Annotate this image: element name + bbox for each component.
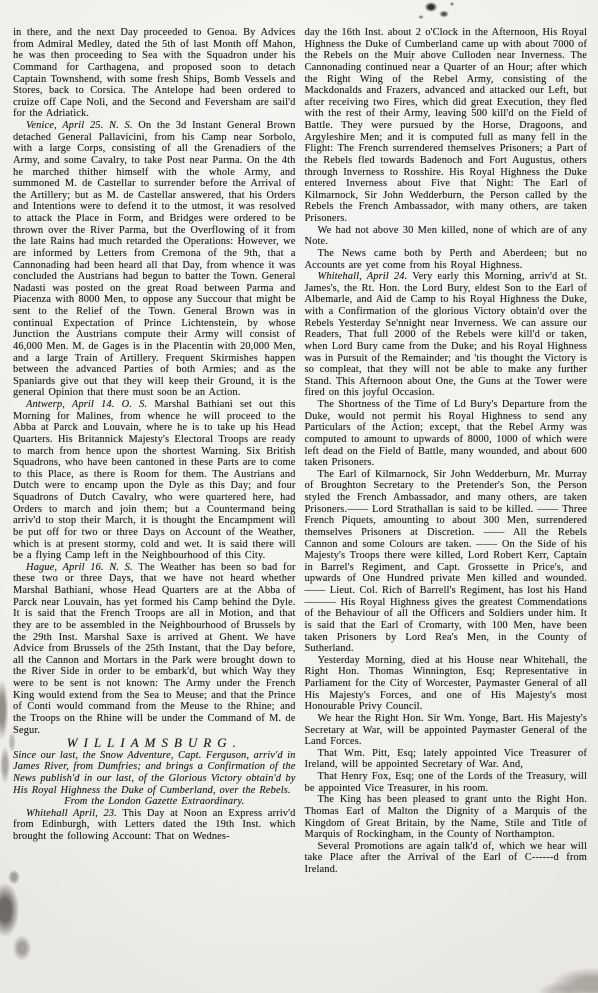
paragraph: That Wm. Pitt, Esq; lately appointed Vic… [305, 748, 588, 771]
paragraph-text: in there, and the next Day proceeded to … [13, 27, 296, 119]
dateline: Venice, April 25. N. S. [26, 120, 133, 131]
newspaper-page: in there, and the next Day proceeded to … [0, 0, 598, 993]
paragraph-text: On the 3d Instant General Brown detached… [13, 120, 296, 398]
paragraph-text: The Weather has been so bad for these tw… [13, 562, 296, 736]
paragraph: Several Promotions are again talk'd of, … [305, 841, 588, 876]
paragraph-text: That Wm. Pitt, Esq; lately appointed Vic… [305, 748, 588, 771]
gazette-credit-line: From the London Gazette Extraordinary. [13, 796, 296, 808]
paragraph: Venice, April 25. N. S. On the 3d Instan… [13, 120, 296, 399]
paragraph-text: day the 16th Inst. about 2 o'Clock in th… [305, 27, 588, 224]
paragraph: We hear the Right Hon. Sir Wm. Yonge, Ba… [305, 713, 588, 748]
paragraph: Antwerp, April 14. O. S. Marshal Bathian… [13, 399, 296, 562]
paragraph: We had not above 30 Men killed, none of … [305, 225, 588, 248]
paragraph-text: Since our last, the Snow Adventure, Capt… [13, 750, 296, 796]
paragraph-text: The News came both by Perth and Aberdeen… [305, 248, 588, 271]
paragraph: Hague, April 16. N. S. The Weather has b… [13, 562, 296, 736]
paragraph-text: The King has been pleased to grant unto … [305, 794, 588, 840]
paragraph-text: The Shortness of the Time of Ld Bury's D… [305, 399, 588, 468]
paragraph: Yesterday Morning, died at his House nea… [305, 655, 588, 713]
paragraph: The News came both by Perth and Aberdeen… [305, 248, 588, 271]
paragraph-text: That Henry Fox, Esq; one of the Lords of… [305, 771, 588, 794]
paragraph: The Earl of Kilmarnock, Sir John Wedderb… [305, 469, 588, 655]
paragraph: day the 16th Inst. about 2 o'Clock in th… [305, 27, 588, 225]
paragraph: The King has been pleased to grant unto … [305, 794, 588, 841]
paragraph-text: The Earl of Kilmarnock, Sir John Wedderb… [305, 469, 588, 654]
paragraph-text: Marshal Bathiani set out this Morning fo… [13, 399, 296, 561]
section-heading-williamsburg: WILLIAMSBURG. [13, 736, 296, 750]
paragraph: in there, and the next Day proceeded to … [13, 27, 296, 120]
paragraph: Whitehall, April 24. Very early this Mor… [305, 271, 588, 399]
dateline: Whitehall April, 23. [26, 808, 117, 819]
paragraph: Since our last, the Snow Adventure, Capt… [13, 750, 296, 797]
paragraph-text: Very early this Morning, arriv'd at St. … [305, 271, 588, 398]
paragraph-text: We hear the Right Hon. Sir Wm. Yonge, Ba… [305, 713, 588, 747]
paragraph-text: Several Promotions are again talk'd of, … [305, 841, 588, 875]
dateline: Antwerp, April 14. O. S. [26, 399, 147, 410]
dateline: Hague, April 16. N. S. [26, 562, 133, 573]
paragraph-text: Yesterday Morning, died at his House nea… [305, 655, 588, 713]
paragraph: The Shortness of the Time of Ld Bury's D… [305, 399, 588, 469]
dateline: Whitehall, April 24. [318, 271, 408, 282]
paragraph-text: We had not above 30 Men killed, none of … [305, 225, 588, 248]
text-columns: in there, and the next Day proceeded to … [0, 0, 598, 876]
paragraph: Whitehall April, 23. This Day at Noon an… [13, 808, 296, 843]
text-column-left: in there, and the next Day proceeded to … [13, 27, 296, 876]
paragraph: That Henry Fox, Esq; one of the Lords of… [305, 771, 588, 794]
text-column-right: day the 16th Inst. about 2 o'Clock in th… [305, 27, 588, 876]
